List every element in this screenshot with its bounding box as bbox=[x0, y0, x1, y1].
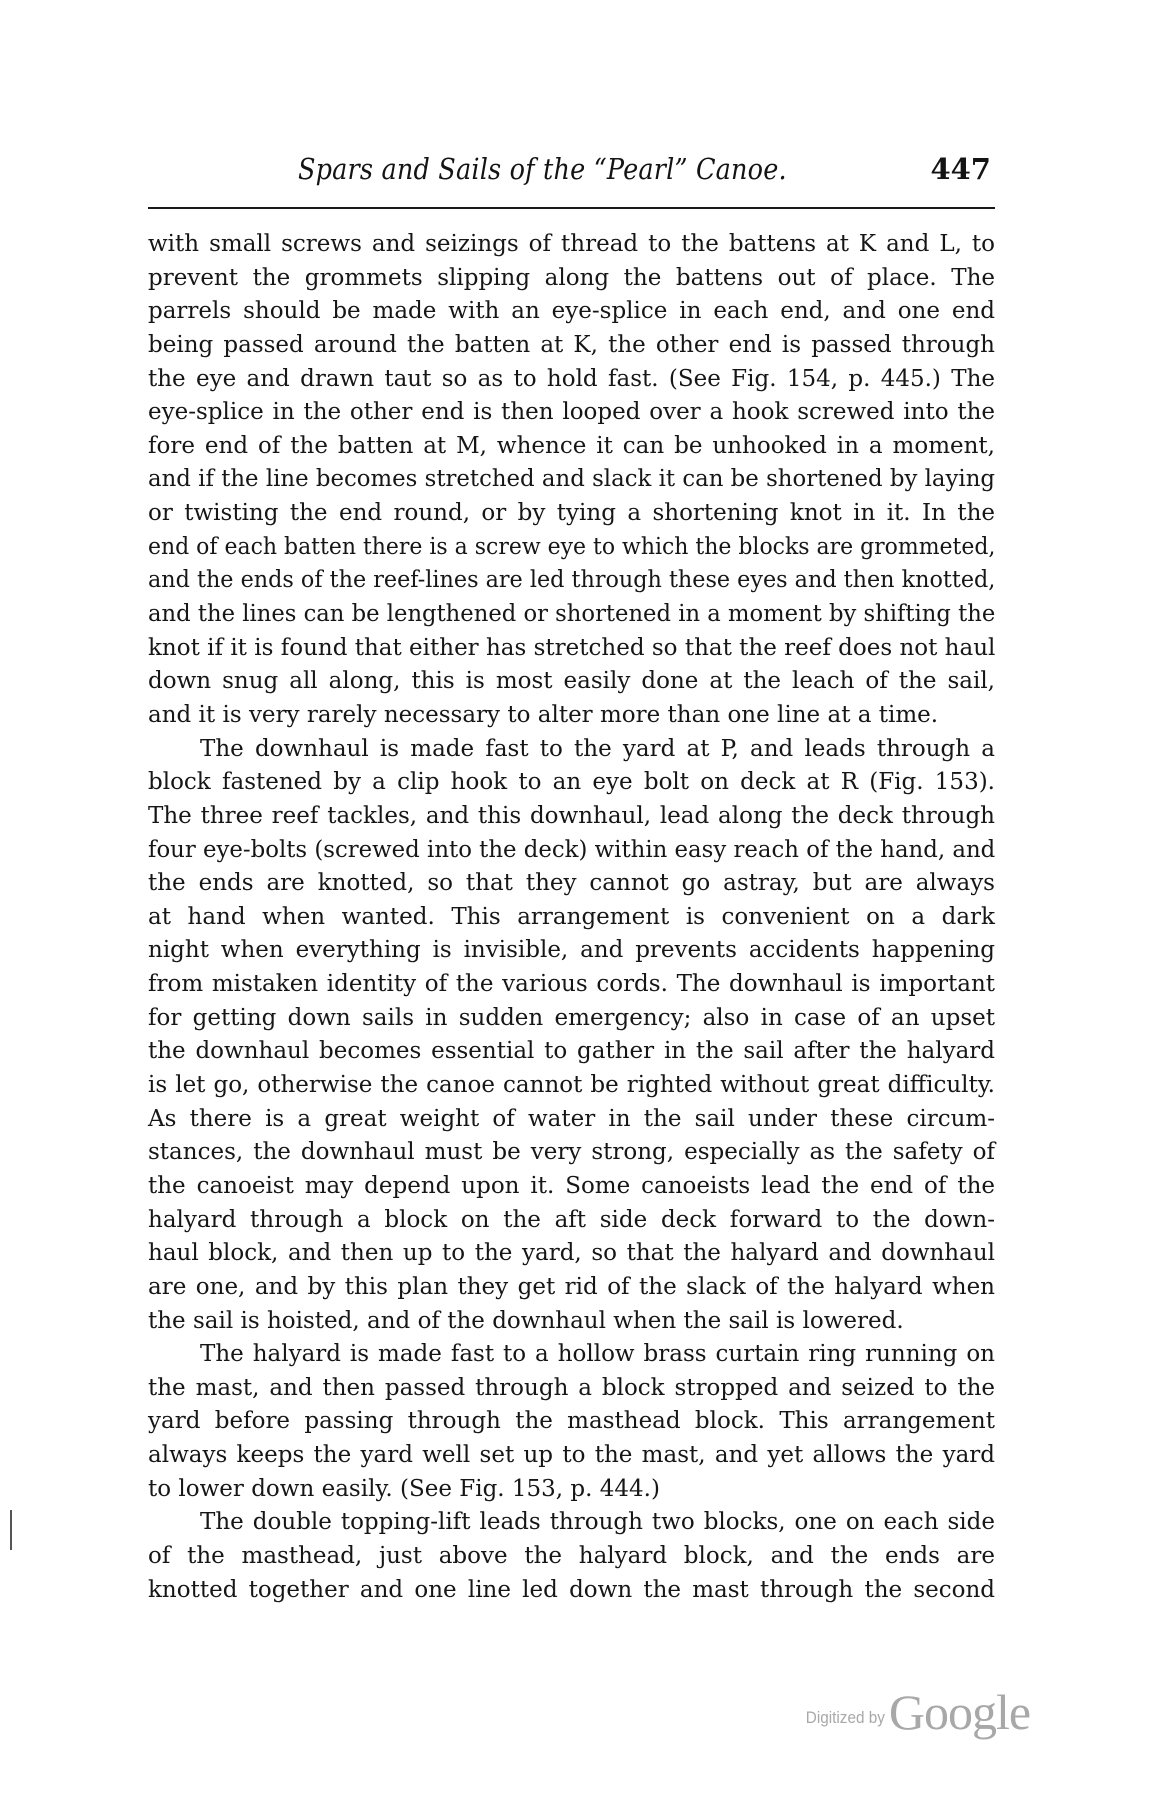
text-line: the mast, and then passed through a bloc… bbox=[148, 1372, 995, 1406]
text-line: always keeps the yard well set up to the… bbox=[148, 1439, 995, 1473]
text-line: knot if it is found that either has stre… bbox=[148, 632, 995, 666]
text-line: and it is very rarely necessary to alter… bbox=[148, 699, 995, 733]
body-text: with small screws and seizings of thread… bbox=[148, 228, 995, 1607]
text-line: The three reef tackles, and this downhau… bbox=[148, 800, 995, 834]
text-line: from mistaken identity of the various co… bbox=[148, 968, 995, 1002]
text-line: the downhaul becomes essential to gather… bbox=[148, 1035, 995, 1069]
book-page: Spars and Sails of the “Pearl” Canoe. 44… bbox=[0, 0, 1153, 1800]
text-line: the ends are knotted, so that they canno… bbox=[148, 867, 995, 901]
paragraph-first-line: The halyard is made fast to a hollow bra… bbox=[148, 1338, 995, 1372]
text-line: with small screws and seizings of thread… bbox=[148, 228, 995, 262]
text-line: for getting down sails in sudden emergen… bbox=[148, 1002, 995, 1036]
text-line: are one, and by this plan they get rid o… bbox=[148, 1271, 995, 1305]
text-line: As there is a great weight of water in t… bbox=[148, 1103, 995, 1137]
google-logo: Google bbox=[889, 1684, 1030, 1740]
text-line: the eye and drawn taut so as to hold fas… bbox=[148, 363, 995, 397]
digitized-by-google-watermark: Digitized byGoogle bbox=[797, 1683, 1030, 1741]
text-line: and the lines can be lengthened or short… bbox=[148, 598, 995, 632]
text-line: at hand when wanted. This arrangement is… bbox=[148, 901, 995, 935]
watermark-prefix: Digitized by bbox=[806, 1708, 885, 1728]
paragraph-first-line: The downhaul is made fast to the yard at… bbox=[148, 733, 995, 767]
text-line: the sail is hoisted, and of the downhaul… bbox=[148, 1305, 995, 1339]
text-line: or twisting the end round, or by tying a… bbox=[148, 497, 995, 531]
text-line: four eye-bolts (screwed into the deck) w… bbox=[148, 834, 995, 868]
text-line: parrels should be made with an eye-splic… bbox=[148, 295, 995, 329]
paragraph-first-line: The double topping-lift leads through tw… bbox=[148, 1506, 995, 1540]
scan-margin-mark bbox=[10, 1510, 12, 1550]
text-line: down snug all along, this is most easily… bbox=[148, 665, 995, 699]
text-line: stances, the downhaul must be very stron… bbox=[148, 1136, 995, 1170]
header-rule bbox=[148, 207, 995, 209]
text-line: end of each batten there is a screw eye … bbox=[148, 531, 995, 565]
text-line: block fastened by a clip hook to an eye … bbox=[148, 766, 995, 800]
text-line: and the ends of the reef-lines are led t… bbox=[148, 564, 995, 598]
text-line: halyard through a block on the aft side … bbox=[148, 1204, 995, 1238]
text-line: is let go, otherwise the canoe cannot be… bbox=[148, 1069, 995, 1103]
text-line: the canoeist may depend upon it. Some ca… bbox=[148, 1170, 995, 1204]
text-line: to lower down easily. (See Fig. 153, p. … bbox=[148, 1473, 995, 1507]
running-header: Spars and Sails of the “Pearl” Canoe. 44… bbox=[148, 152, 995, 196]
text-line: being passed around the batten at K, the… bbox=[148, 329, 995, 363]
page-number: 447 bbox=[930, 152, 991, 186]
text-line: yard before passing through the masthead… bbox=[148, 1405, 995, 1439]
text-line: knotted together and one line led down t… bbox=[148, 1574, 995, 1608]
text-line: prevent the grommets slipping along the … bbox=[148, 262, 995, 296]
text-line: of the masthead, just above the halyard … bbox=[148, 1540, 995, 1574]
running-title: Spars and Sails of the “Pearl” Canoe. bbox=[298, 152, 787, 186]
text-line: fore end of the batten at M, whence it c… bbox=[148, 430, 995, 464]
text-line: eye-splice in the other end is then loop… bbox=[148, 396, 995, 430]
text-line: and if the line becomes stretched and sl… bbox=[148, 463, 995, 497]
text-line: haul block, and then up to the yard, so … bbox=[148, 1237, 995, 1271]
text-line: night when everything is invisible, and … bbox=[148, 934, 995, 968]
